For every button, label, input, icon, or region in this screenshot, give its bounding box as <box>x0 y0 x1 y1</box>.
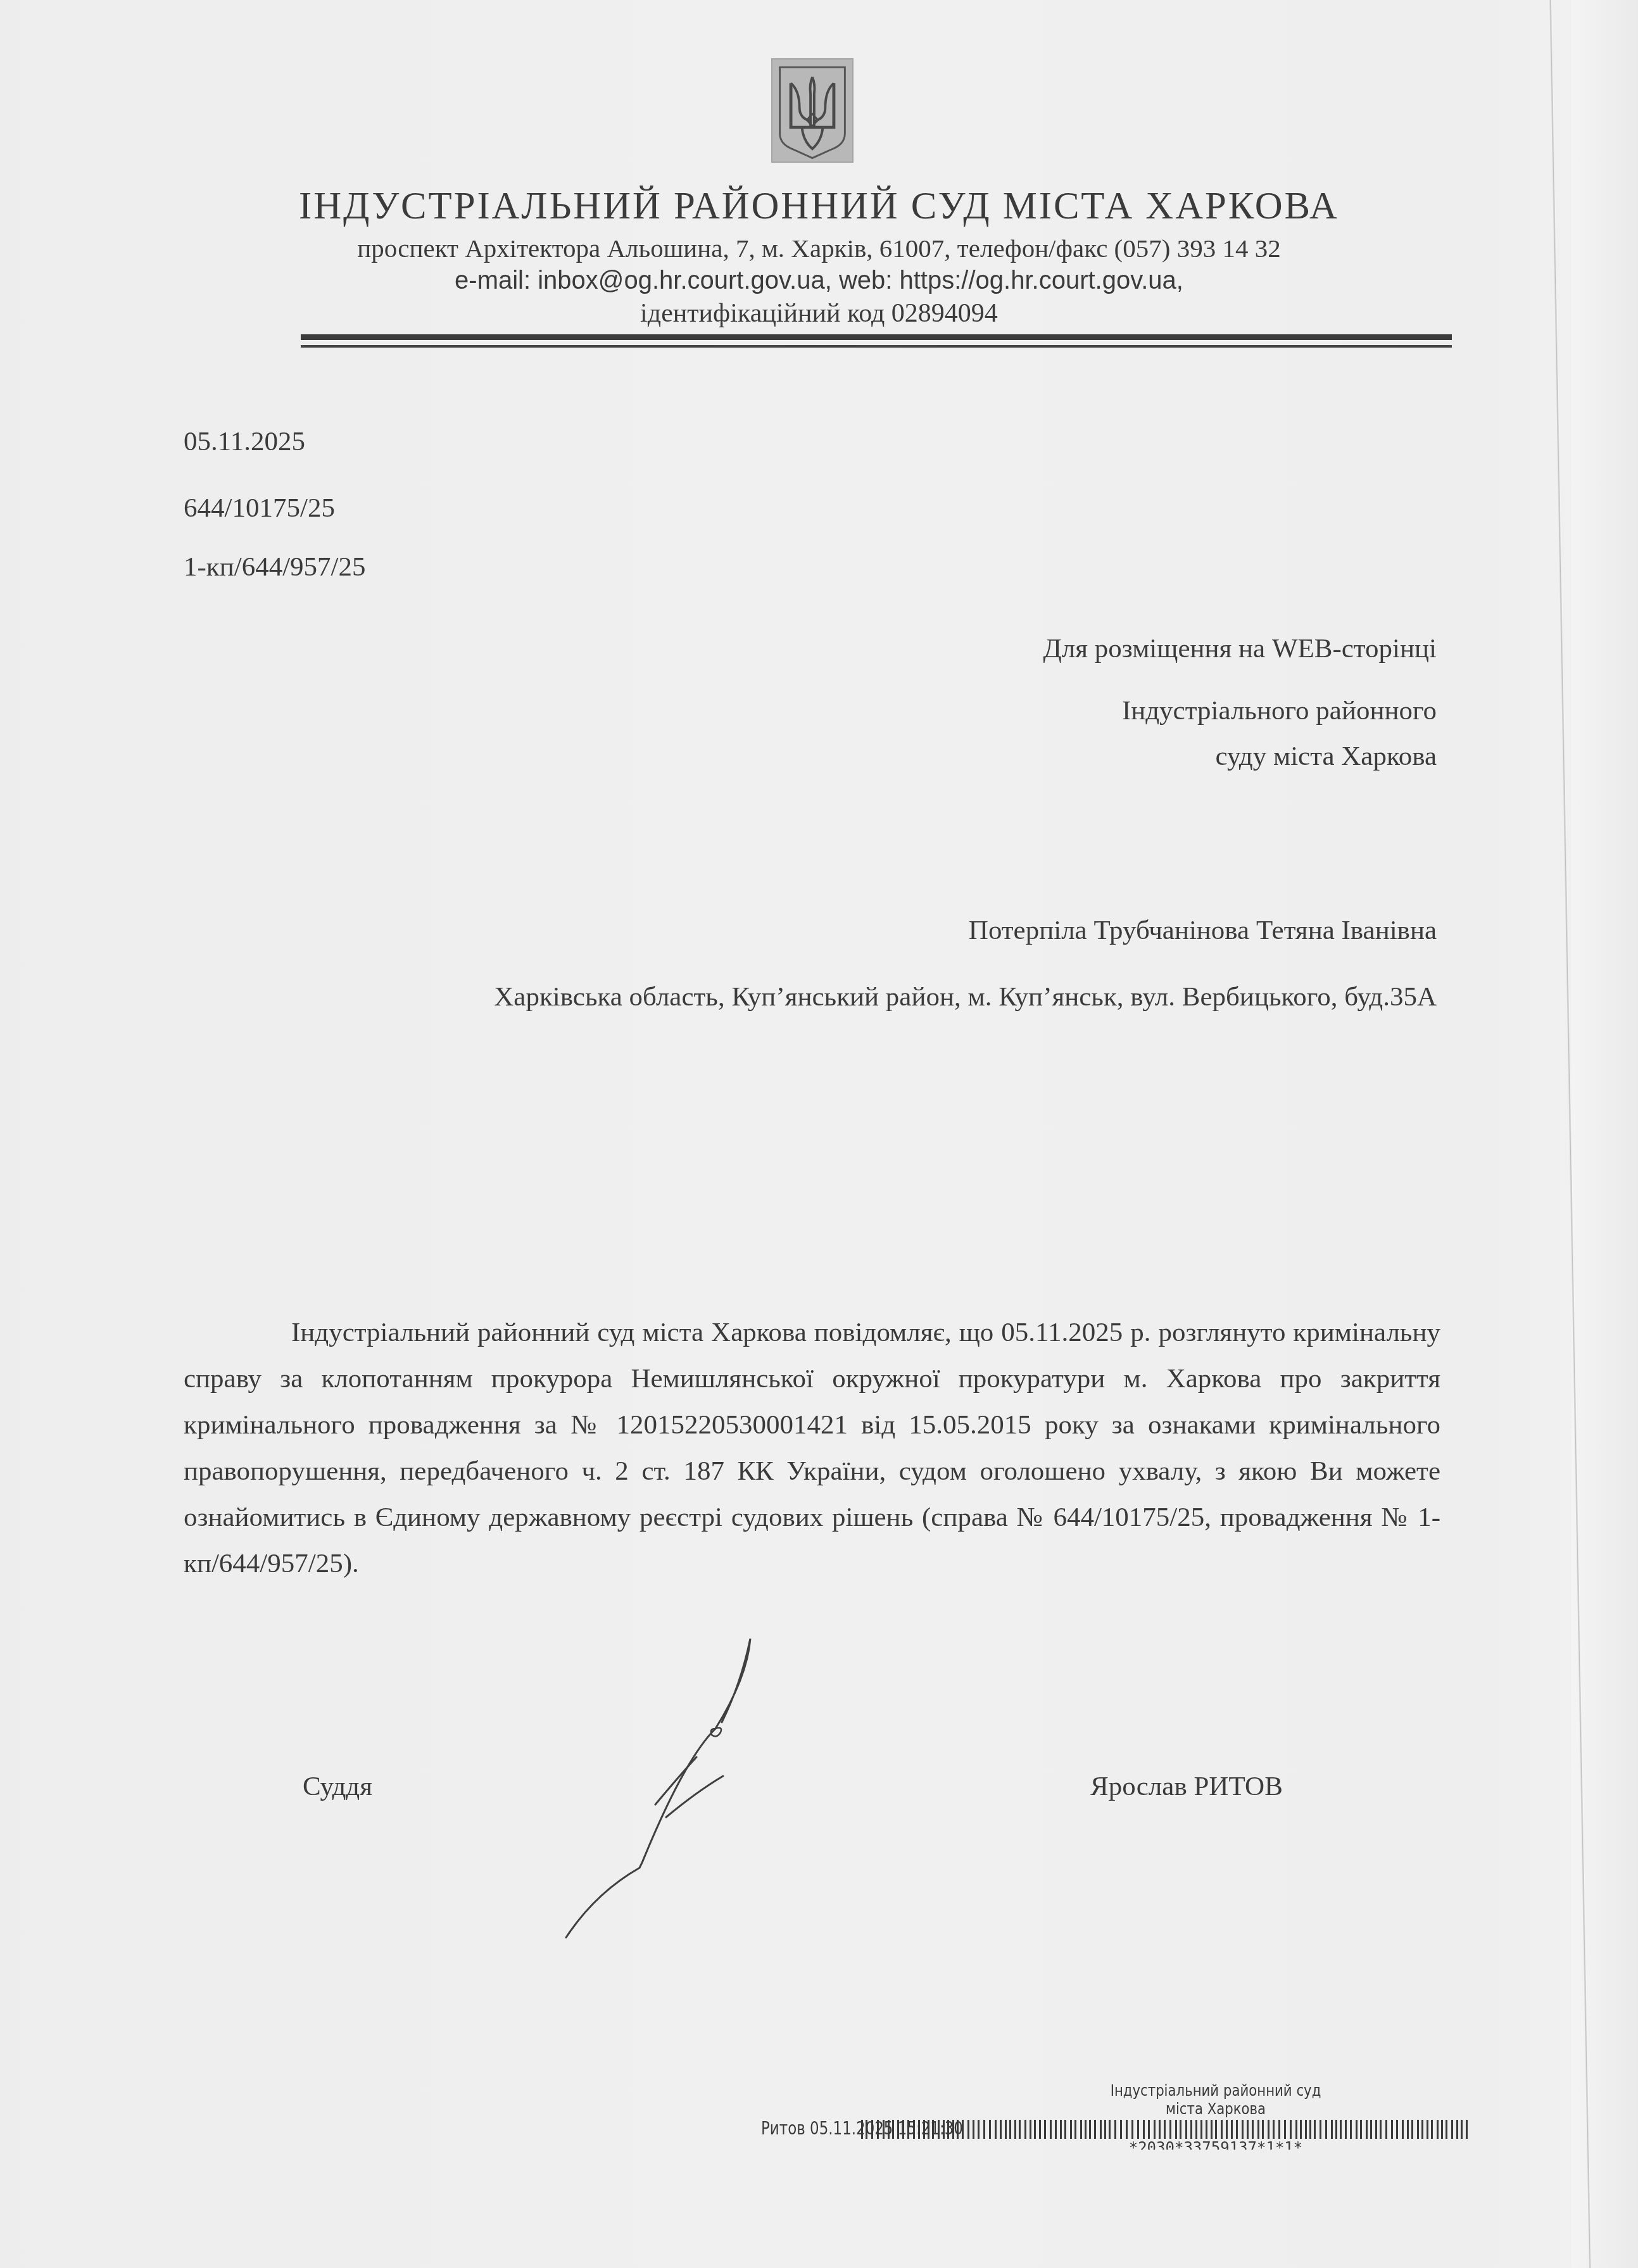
barcode-bar <box>892 2120 894 2139</box>
barcode-bar <box>1385 2120 1387 2139</box>
barcode-bar <box>1231 2120 1233 2139</box>
barcode-bar <box>1030 2120 1031 2139</box>
barcode-bar <box>1345 2120 1347 2139</box>
barcode-bar <box>1252 2120 1254 2139</box>
barcode-bar <box>1300 2120 1302 2139</box>
barcode-bar <box>1024 2120 1026 2139</box>
recipient-address: Харківська область, Куп’янський район, м… <box>494 981 1437 1012</box>
barcode-bar <box>952 2120 954 2139</box>
barcode-text: *2030*33759137*1*1* <box>1057 2138 1374 2150</box>
barcode-bar <box>888 2120 890 2139</box>
barcode-bar <box>1421 2120 1423 2139</box>
barcode-bar <box>1391 2120 1393 2139</box>
barcode-bar <box>1154 2120 1156 2139</box>
barcode-bar <box>1014 2120 1016 2139</box>
court-id-code: ідентифікаційний код 02894094 <box>0 298 1638 329</box>
court-contacts: e-mail: inbox@og.hr.court.gov.ua, web: h… <box>0 267 1638 295</box>
barcode-bar <box>1190 2120 1192 2139</box>
barcode-bar <box>1407 2120 1409 2139</box>
addressee-org-line2: суду міста Харкова <box>1215 741 1437 772</box>
barcode-bar <box>1039 2120 1041 2139</box>
barcode-bar <box>1060 2120 1062 2139</box>
barcode-bar <box>1340 2120 1342 2139</box>
barcode-bar <box>1200 2120 1202 2139</box>
barcode-bar <box>1120 2120 1122 2139</box>
barcode-bar <box>1050 2120 1052 2139</box>
barcode-bar <box>1446 2120 1447 2139</box>
purpose-line: Для розміщення на WEB-сторінці <box>1043 633 1437 664</box>
barcode-bar <box>1350 2120 1352 2139</box>
signer-role: Суддя <box>303 1771 372 1802</box>
barcode-bar <box>938 2120 940 2139</box>
barcode-bar <box>902 2120 904 2139</box>
barcode-bar <box>1284 2120 1286 2139</box>
barcode-bar <box>962 2120 964 2139</box>
barcode-bar <box>1034 2120 1036 2139</box>
handwritten-signature <box>557 1634 962 1963</box>
barcode-bar <box>1044 2120 1046 2139</box>
barcode-bar <box>1094 2120 1096 2139</box>
stamp-court-line2: міста Харкова <box>1065 2100 1366 2118</box>
barcode-bar <box>1380 2120 1382 2139</box>
barcode-bar <box>1247 2120 1249 2139</box>
recipient-name: Потерпіла Трубчанінова Тетяна Іванівна <box>969 915 1437 946</box>
barcode-bar <box>1180 2120 1181 2139</box>
barcode-bar <box>1370 2120 1372 2139</box>
barcode-bar <box>943 2120 945 2139</box>
barcode-bar <box>1185 2120 1187 2139</box>
barcode-bar <box>1126 2120 1128 2139</box>
barcode-bar <box>1360 2120 1362 2139</box>
barcode-bar <box>995 2120 997 2139</box>
barcode-bar <box>1431 2120 1433 2139</box>
barcode-bar <box>1273 2120 1275 2139</box>
barcode-bar <box>1278 2120 1280 2139</box>
document-page: ІНДУСТРІАЛЬНИЙ РАЙОННИЙ СУД МІСТА ХАРКОВ… <box>0 0 1638 2268</box>
document-barcode <box>861 2120 1477 2139</box>
barcode-bar <box>1226 2120 1228 2139</box>
barcode-bar <box>1402 2120 1404 2139</box>
court-name-heading: ІНДУСТРІАЛЬНИЙ РАЙОННИЙ СУД МІСТА ХАРКОВ… <box>16 184 1622 229</box>
header-divider-thick <box>301 334 1452 340</box>
addressee-org-line1: Індустріального районного <box>1122 695 1437 726</box>
barcode-bar <box>913 2120 915 2139</box>
barcode-bar <box>1070 2120 1072 2139</box>
barcode-bar <box>1064 2120 1066 2139</box>
barcode-bar <box>897 2120 899 2139</box>
barcode-bar <box>1089 2120 1091 2139</box>
barcode-bar <box>1242 2120 1244 2139</box>
barcode-bar <box>983 2120 985 2139</box>
barcode-bar <box>1331 2120 1333 2139</box>
barcode-bar <box>1461 2120 1463 2139</box>
barcode-bar <box>1268 2120 1269 2139</box>
court-address: проспект Архітектора Альошина, 7, м. Хар… <box>0 233 1638 263</box>
barcode-bar <box>923 2120 925 2139</box>
barcode-bar <box>1427 2120 1428 2139</box>
barcode-bar <box>1164 2120 1166 2139</box>
barcode-bar <box>877 2120 879 2139</box>
barcode-bar <box>1143 2120 1145 2139</box>
barcode-bar <box>1211 2120 1213 2139</box>
barcode-bar <box>1257 2120 1259 2139</box>
barcode-bar <box>1262 2120 1264 2139</box>
barcode-bar <box>1325 2120 1327 2139</box>
barcode-bar <box>947 2120 949 2139</box>
barcode-bar <box>883 2120 885 2139</box>
barcode-bar <box>1451 2120 1453 2139</box>
barcode-bar <box>871 2120 873 2139</box>
barcode-bar <box>978 2120 980 2139</box>
barcode-bar <box>1206 2120 1207 2139</box>
coat-of-arms-of-ukraine-icon <box>771 58 854 163</box>
barcode-bar <box>1195 2120 1197 2139</box>
barcode-bar <box>1137 2120 1139 2139</box>
barcode-bar <box>1335 2120 1337 2139</box>
barcode-bar <box>1019 2120 1021 2139</box>
barcode-bar <box>973 2120 974 2139</box>
case-number: 644/10175/25 <box>184 493 335 524</box>
barcode-bar <box>1309 2120 1311 2139</box>
barcode-bar <box>1074 2120 1076 2139</box>
barcode-bar <box>1100 2120 1102 2139</box>
notice-body-paragraph: Індустріальний районний суд міста Харков… <box>184 1309 1440 1587</box>
barcode-bar <box>1085 2120 1087 2139</box>
barcode-bar <box>1215 2120 1217 2139</box>
barcode-bar <box>1080 2120 1082 2139</box>
barcode-bar <box>1131 2120 1133 2139</box>
barcode-bar <box>1295 2120 1297 2139</box>
page-edge-shade <box>1572 0 1638 2268</box>
barcode-bar <box>866 2120 867 2139</box>
barcode-bar <box>1169 2120 1171 2139</box>
header-divider-thin <box>301 345 1452 348</box>
barcode-bar <box>1005 2120 1007 2139</box>
document-date: 05.11.2025 <box>184 426 305 457</box>
barcode-bar <box>1456 2120 1458 2139</box>
barcode-bar <box>1009 2120 1011 2139</box>
barcode-bar <box>1441 2120 1443 2139</box>
barcode-bar <box>1221 2120 1223 2139</box>
barcode-bar <box>1114 2120 1116 2139</box>
stamp-court-line1: Індустріальний районний суд <box>1065 2081 1366 2100</box>
barcode-bar <box>1366 2120 1368 2139</box>
barcode-bar <box>932 2120 934 2139</box>
barcode-bar <box>1159 2120 1161 2139</box>
barcode-bar <box>957 2120 959 2139</box>
barcode-bar <box>1320 2120 1321 2139</box>
barcode-bar <box>1148 2120 1150 2139</box>
barcode-bar <box>1396 2120 1398 2139</box>
barcode-bar <box>907 2120 909 2139</box>
barcode-bar <box>989 2120 991 2139</box>
barcode-bar <box>1466 2120 1468 2139</box>
barcode-bar <box>1411 2120 1413 2139</box>
barcode-bar <box>1109 2120 1111 2139</box>
barcode-bar <box>1055 2120 1057 2139</box>
barcode-bar <box>1236 2120 1238 2139</box>
barcode-bar <box>1104 2120 1106 2139</box>
barcode-bar <box>861 2120 863 2139</box>
barcode-bar <box>1437 2120 1439 2139</box>
barcode-bar <box>928 2120 929 2139</box>
barcode-bar <box>1356 2120 1358 2139</box>
proceeding-number: 1-кп/644/957/25 <box>184 551 366 583</box>
barcode-bar <box>1314 2120 1316 2139</box>
barcode-bar <box>1375 2120 1377 2139</box>
barcode-bar <box>967 2120 969 2139</box>
barcode-bar <box>918 2120 920 2139</box>
barcode-bar <box>1305 2120 1307 2139</box>
signer-name: Ярослав РИТОВ <box>1090 1771 1283 1802</box>
barcode-bar <box>1290 2120 1292 2139</box>
barcode-bar <box>1417 2120 1419 2139</box>
barcode-bar <box>1000 2120 1002 2139</box>
barcode-bar <box>1175 2120 1177 2139</box>
